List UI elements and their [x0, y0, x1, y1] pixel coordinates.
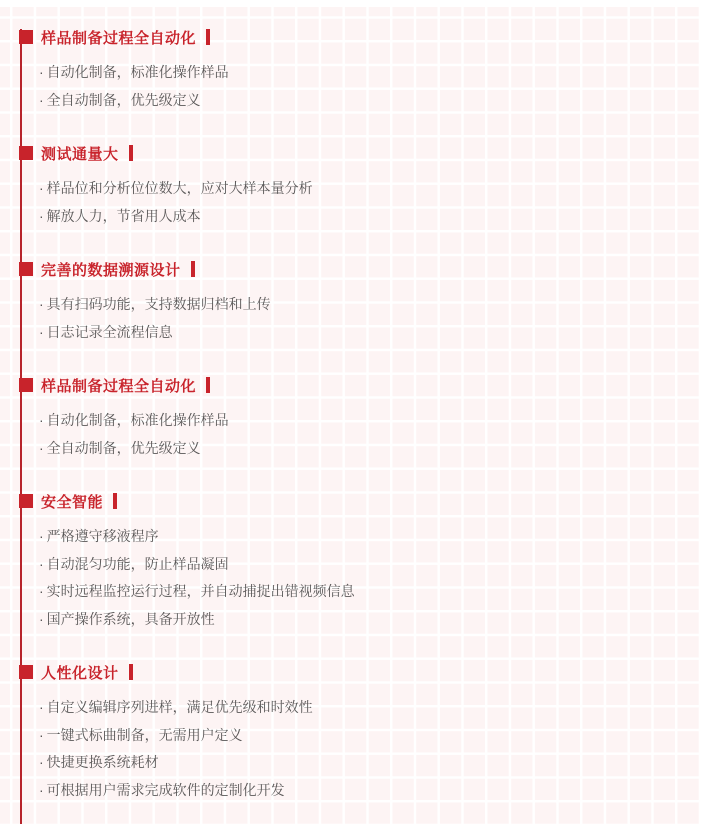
section-title: 人性化设计	[41, 662, 119, 683]
bullet-dot: ·	[39, 782, 44, 798]
bullet-text: 日志记录全流程信息	[47, 324, 173, 340]
bullet-text: 自动化制备，标准化操作样品	[47, 412, 229, 428]
bullet-item: ·样品位和分析位位数大，应对大样本量分析	[39, 175, 681, 203]
bullet-text: 自动化制备，标准化操作样品	[47, 64, 229, 80]
red-bar-icon	[206, 29, 210, 45]
feature-list-page: 样品制备过程全自动化 ·自动化制备，标准化操作样品·全自动制备，优先级定义 测试…	[0, 0, 701, 824]
bullet-item: ·实时远程监控运行过程，并自动捕捉出错视频信息	[39, 578, 681, 606]
bullet-text: 自定义编辑序列进样，满足优先级和时效性	[47, 699, 313, 715]
bullet-text: 严格遵守移液程序	[47, 528, 159, 544]
feature-section: 安全智能 ·严格遵守移液程序·自动混匀功能，防止样品凝固·实时远程监控运行过程，…	[41, 493, 681, 633]
bullet-list: ·自动化制备，标准化操作样品·全自动制备，优先级定义	[41, 407, 681, 462]
feature-section: 样品制备过程全自动化 ·自动化制备，标准化操作样品·全自动制备，优先级定义	[41, 29, 681, 114]
red-bar-icon	[206, 377, 210, 393]
bullet-dot: ·	[39, 583, 44, 599]
section-title: 样品制备过程全自动化	[41, 375, 196, 396]
bullet-text: 具有扫码功能，支持数据归档和上传	[47, 296, 271, 312]
section-title: 安全智能	[41, 491, 103, 512]
feature-section: 人性化设计 ·自定义编辑序列进样，满足优先级和时效性·一键式标曲制备，无需用户定…	[41, 664, 681, 804]
bullet-dot: ·	[39, 412, 44, 428]
bullet-item: ·快捷更换系统耗材	[39, 749, 681, 777]
bullet-dot: ·	[39, 699, 44, 715]
bullet-item: ·自动化制备，标准化操作样品	[39, 59, 681, 87]
bullet-list: ·严格遵守移液程序·自动混匀功能，防止样品凝固·实时远程监控运行过程，并自动捕捉…	[41, 523, 681, 633]
bullet-dot: ·	[39, 611, 44, 627]
section-header: 测试通量大	[41, 145, 681, 161]
bullet-text: 一键式标曲制备，无需用户定义	[47, 727, 243, 743]
bullet-item: ·一键式标曲制备，无需用户定义	[39, 722, 681, 750]
bullet-item: ·日志记录全流程信息	[39, 319, 681, 347]
section-header: 样品制备过程全自动化	[41, 377, 681, 393]
bullet-text: 国产操作系统，具备开放性	[47, 611, 215, 627]
red-bar-icon	[191, 261, 195, 277]
bullet-item: ·具有扫码功能，支持数据归档和上传	[39, 291, 681, 319]
feature-sections: 样品制备过程全自动化 ·自动化制备，标准化操作样品·全自动制备，优先级定义 测试…	[0, 0, 701, 824]
bullet-text: 全自动制备，优先级定义	[47, 440, 201, 456]
bullet-dot: ·	[39, 727, 44, 743]
bullet-item: ·可根据用户需求完成软件的定制化开发	[39, 777, 681, 805]
section-title: 完善的数据溯源设计	[41, 259, 181, 280]
red-square-icon	[19, 146, 33, 160]
red-bar-icon	[129, 664, 133, 680]
section-header: 样品制备过程全自动化	[41, 29, 681, 45]
bullet-list: ·自定义编辑序列进样，满足优先级和时效性·一键式标曲制备，无需用户定义·快捷更换…	[41, 694, 681, 804]
feature-section: 样品制备过程全自动化 ·自动化制备，标准化操作样品·全自动制备，优先级定义	[41, 377, 681, 462]
bullet-text: 解放人力，节省用人成本	[47, 208, 201, 224]
bullet-dot: ·	[39, 528, 44, 544]
bullet-item: ·全自动制备，优先级定义	[39, 87, 681, 115]
red-square-icon	[19, 30, 33, 44]
bullet-dot: ·	[39, 208, 44, 224]
bullet-dot: ·	[39, 754, 44, 770]
section-header: 安全智能	[41, 493, 681, 509]
red-square-icon	[19, 665, 33, 679]
red-bar-icon	[113, 493, 117, 509]
bullet-text: 快捷更换系统耗材	[47, 754, 159, 770]
red-bar-icon	[129, 145, 133, 161]
bullet-item: ·严格遵守移液程序	[39, 523, 681, 551]
feature-section: 测试通量大 ·样品位和分析位位数大，应对大样本量分析·解放人力，节省用人成本	[41, 145, 681, 230]
bullet-dot: ·	[39, 556, 44, 572]
bullet-text: 样品位和分析位位数大，应对大样本量分析	[47, 180, 313, 196]
red-square-icon	[19, 378, 33, 392]
bullet-text: 自动混匀功能，防止样品凝固	[47, 556, 229, 572]
feature-section: 完善的数据溯源设计 ·具有扫码功能，支持数据归档和上传·日志记录全流程信息	[41, 261, 681, 346]
bullet-dot: ·	[39, 64, 44, 80]
bullet-list: ·自动化制备，标准化操作样品·全自动制备，优先级定义	[41, 59, 681, 114]
bullet-text: 实时远程监控运行过程，并自动捕捉出错视频信息	[47, 583, 355, 599]
bullet-dot: ·	[39, 324, 44, 340]
bullet-dot: ·	[39, 440, 44, 456]
section-header: 完善的数据溯源设计	[41, 261, 681, 277]
bullet-text: 全自动制备，优先级定义	[47, 92, 201, 108]
section-header: 人性化设计	[41, 664, 681, 680]
bullet-text: 可根据用户需求完成软件的定制化开发	[47, 782, 285, 798]
bullet-item: ·自动化制备，标准化操作样品	[39, 407, 681, 435]
bullet-list: ·样品位和分析位位数大，应对大样本量分析·解放人力，节省用人成本	[41, 175, 681, 230]
bullet-item: ·国产操作系统，具备开放性	[39, 606, 681, 634]
bullet-dot: ·	[39, 180, 44, 196]
bullet-dot: ·	[39, 92, 44, 108]
red-square-icon	[19, 262, 33, 276]
section-title: 测试通量大	[41, 143, 119, 164]
bullet-item: ·自定义编辑序列进样，满足优先级和时效性	[39, 694, 681, 722]
red-square-icon	[19, 494, 33, 508]
bullet-item: ·全自动制备，优先级定义	[39, 435, 681, 463]
bullet-item: ·自动混匀功能，防止样品凝固	[39, 551, 681, 579]
bullet-item: ·解放人力，节省用人成本	[39, 203, 681, 231]
bullet-dot: ·	[39, 296, 44, 312]
bullet-list: ·具有扫码功能，支持数据归档和上传·日志记录全流程信息	[41, 291, 681, 346]
section-title: 样品制备过程全自动化	[41, 27, 196, 48]
